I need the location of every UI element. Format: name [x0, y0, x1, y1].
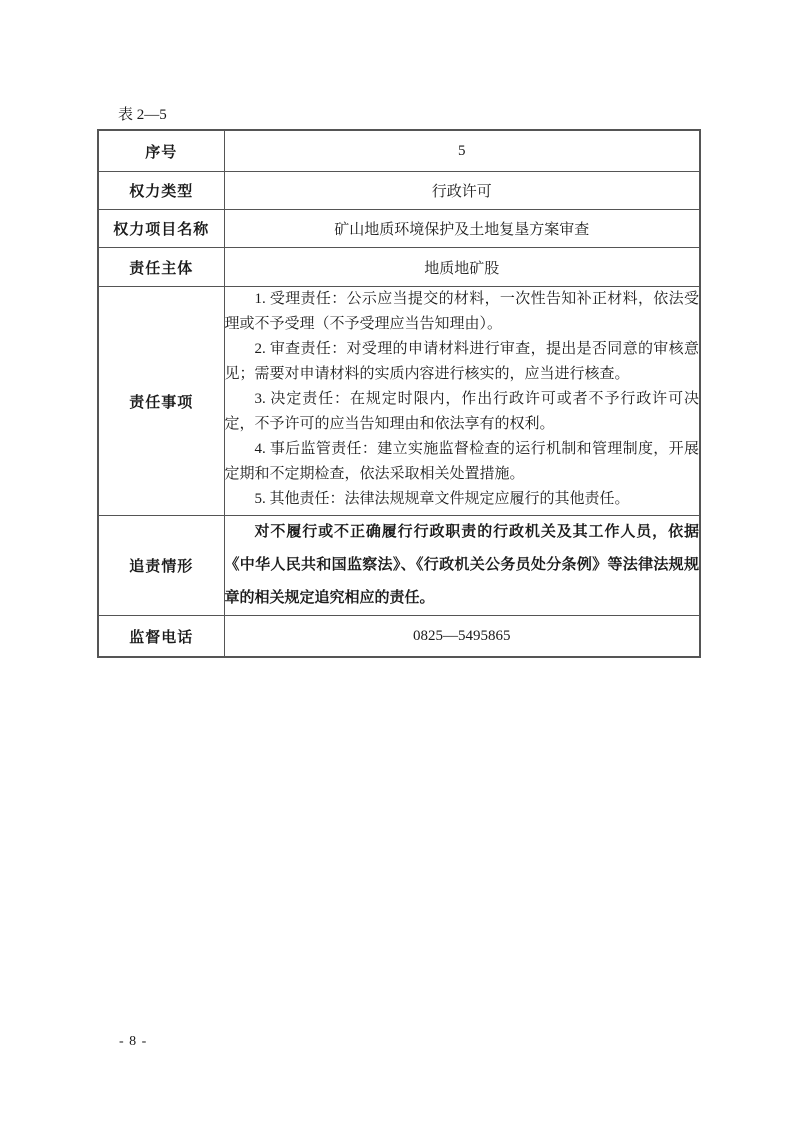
row-value-accountability: 对不履行或不正确履行行政职责的行政机关及其工作人员，依据《中华人民共和国监察法》…: [224, 516, 700, 616]
table-row-duty-items: 责任事项 1. 受理责任：公示应当提交的材料，一次性告知补正材料，依法受理或不予…: [98, 287, 700, 516]
table-row-sequence: 序号 5: [98, 130, 700, 172]
row-value-project-name: 矿山地质环境保护及土地复垦方案审查: [224, 210, 700, 248]
row-label-responsible-subject: 责任主体: [98, 248, 224, 287]
duty-item-5: 5. 其他责任：法律法规规章文件规定应履行的其他责任。: [225, 487, 700, 512]
table-row-power-type: 权力类型 行政许可: [98, 172, 700, 210]
document-page: 表 2—5 序号 5 权力类型 行政许可 权力项目名称 矿山地质环境保护及土地复…: [0, 0, 793, 1122]
duty-item-2: 2. 审查责任：对受理的申请材料进行审查，提出是否同意的审核意见；需要对申请材料…: [225, 337, 700, 387]
page-number: - 8 -: [119, 1034, 147, 1050]
duty-item-1: 1. 受理责任：公示应当提交的材料，一次性告知补正材料，依法受理或不予受理（不予…: [225, 287, 700, 337]
table-caption: 表 2—5: [118, 103, 167, 124]
row-value-responsible-subject: 地质地矿股: [224, 248, 700, 287]
row-label-accountability: 追责情形: [98, 516, 224, 616]
accountability-text: 对不履行或不正确履行行政职责的行政机关及其工作人员，依据《中华人民共和国监察法》…: [225, 516, 700, 615]
responsibility-table: 序号 5 权力类型 行政许可 权力项目名称 矿山地质环境保护及土地复垦方案审查 …: [97, 129, 701, 658]
duty-item-3: 3. 决定责任：在规定时限内，作出行政许可或者不予行政许可决定，不予许可的应当告…: [225, 387, 700, 437]
table-row-accountability: 追责情形 对不履行或不正确履行行政职责的行政机关及其工作人员，依据《中华人民共和…: [98, 516, 700, 616]
table-row-responsible-subject: 责任主体 地质地矿股: [98, 248, 700, 287]
row-value-sequence: 5: [224, 130, 700, 172]
row-label-project-name: 权力项目名称: [98, 210, 224, 248]
row-value-power-type: 行政许可: [224, 172, 700, 210]
row-value-duty-items: 1. 受理责任：公示应当提交的材料，一次性告知补正材料，依法受理或不予受理（不予…: [224, 287, 700, 516]
duty-item-4: 4. 事后监管责任：建立实施监督检查的运行机制和管理制度，开展定期和不定期检查，…: [225, 437, 700, 487]
table-row-project-name: 权力项目名称 矿山地质环境保护及土地复垦方案审查: [98, 210, 700, 248]
row-label-supervision-phone: 监督电话: [98, 616, 224, 658]
row-label-sequence: 序号: [98, 130, 224, 172]
row-label-power-type: 权力类型: [98, 172, 224, 210]
row-value-supervision-phone: 0825—5495865: [224, 616, 700, 658]
row-label-duty-items: 责任事项: [98, 287, 224, 516]
table-row-supervision-phone: 监督电话 0825—5495865: [98, 616, 700, 658]
